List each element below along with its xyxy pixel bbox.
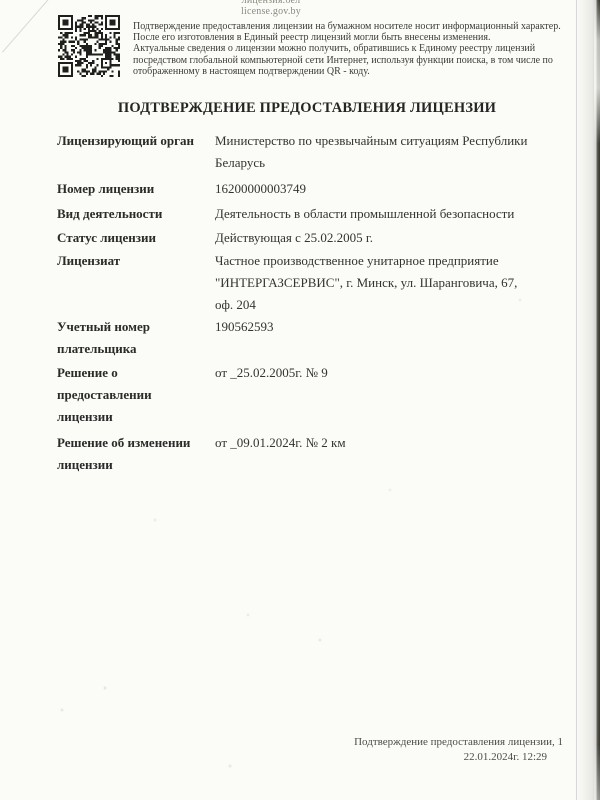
field-label: Лицензирующий орган: [57, 130, 215, 152]
field-row-license-number: Номер лицензии 16200000003749: [57, 178, 559, 200]
field-label: Учетный номер плательщика: [57, 316, 215, 360]
license-fields-table: Лицензирующий орган Министерство по чрез…: [57, 130, 559, 476]
field-label: Вид деятельности: [57, 203, 215, 225]
field-label: Номер лицензии: [57, 178, 215, 200]
document-title: ПОДТВЕРЖДЕНИЕ ПРЕДОСТАВЛЕНИЯ ЛИЦЕНЗИИ: [14, 100, 600, 117]
field-value: Действующая с 25.02.2005 г.: [215, 227, 559, 249]
field-value: 16200000003749: [215, 178, 559, 200]
field-row-license-status: Статус лицензии Действующая с 25.02.2005…: [57, 227, 559, 249]
notice-line: посредством глобальной компьютерной сети…: [133, 55, 583, 66]
scanned-document-page: лицензия.бел license.gov.by Подтверждени…: [0, 0, 600, 800]
field-row-amendment-decision: Решение об изменении лицензии от _09.01.…: [57, 432, 559, 476]
field-value: от _25.02.2005г. № 9: [215, 362, 559, 384]
paper-edge-line: [576, 0, 577, 800]
field-row-grant-decision: Решение о предоставлении лицензии от _25…: [57, 362, 559, 428]
field-label: Решение об изменении лицензии: [57, 432, 215, 476]
field-label: Лицензиат: [57, 250, 215, 272]
footer-document-ref: Подтверждение предоставления лицензии, 1: [354, 735, 563, 750]
field-value: Частное производственное унитарное предп…: [215, 250, 559, 316]
notice-line: Подтверждение предоставления лицензии на…: [133, 21, 583, 32]
footer-timestamp: 22.01.2024г. 12:29: [354, 750, 547, 765]
field-row-licensing-authority: Лицензирующий орган Министерство по чрез…: [57, 130, 559, 174]
field-row-payer-number: Учетный номер плательщика 190562593: [57, 316, 559, 360]
field-value: от _09.01.2024г. № 2 км: [215, 432, 559, 454]
field-value: 190562593: [215, 316, 559, 338]
field-row-licensee: Лицензиат Частное производственное унита…: [57, 250, 559, 316]
field-label: Решение о предоставлении лицензии: [57, 362, 215, 428]
field-value: Деятельность в области промышленной безо…: [215, 203, 559, 225]
field-value: Министерство по чрезвычайным ситуациям Р…: [215, 130, 559, 174]
page-footer: Подтверждение предоставления лицензии, 1…: [354, 735, 563, 764]
notice-line: После его изготовления в Единый реестр л…: [133, 32, 583, 43]
notice-line: Актуальные сведения о лицензии можно пол…: [133, 43, 583, 54]
qr-code-icon: [58, 15, 120, 77]
notice-paragraph: Подтверждение предоставления лицензии на…: [133, 21, 583, 77]
field-row-activity-type: Вид деятельности Деятельность в области …: [57, 203, 559, 225]
notice-line: отображенному в настоящем подтверждении …: [133, 66, 583, 77]
scan-edge-variation: [594, 0, 600, 800]
field-label: Статус лицензии: [57, 227, 215, 249]
